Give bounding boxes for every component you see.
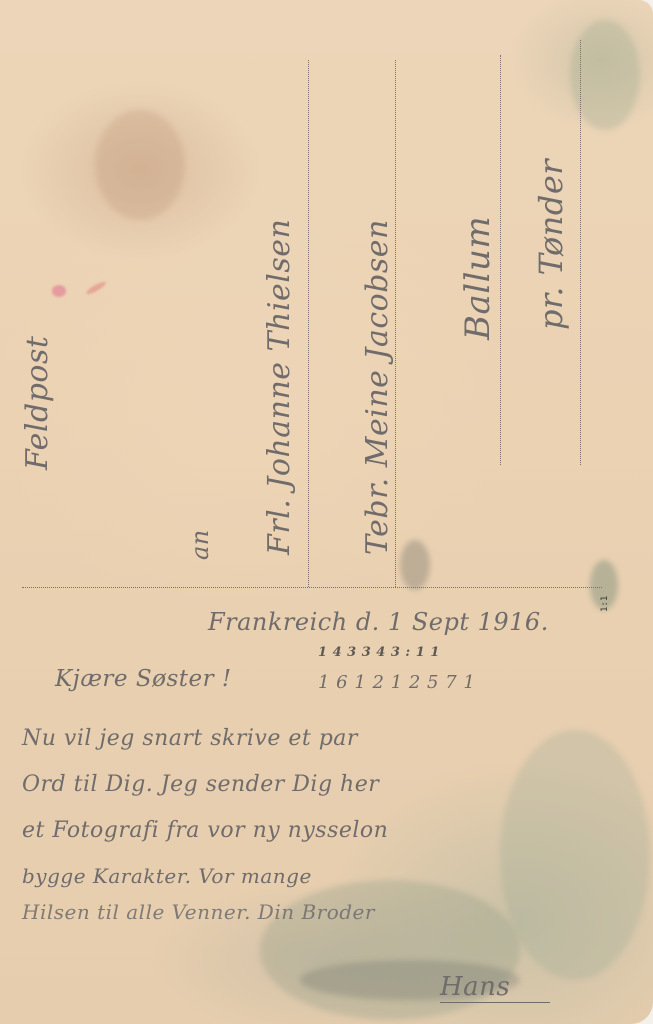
message-line: Hilsen til alle Venner. Din Broder — [22, 900, 375, 924]
postmark-smudge — [500, 730, 650, 980]
address-region: pr. Tønder — [532, 159, 570, 330]
address-town: Ballum — [458, 216, 498, 340]
place-date: Frankreich d. 1 Sept 1916. — [208, 608, 549, 636]
stamp-corner-mark: 1:1 — [600, 596, 610, 612]
greeting: Kjære Søster ! — [55, 666, 232, 692]
divider-line — [22, 587, 602, 588]
address-line-1 — [308, 60, 309, 587]
pink-mark — [52, 285, 66, 297]
message-line: bygge Karakter. Vor mange — [22, 864, 312, 888]
message-line: Ord til Dig. Jeg sender Dig her — [22, 772, 379, 797]
pink-mark — [85, 280, 107, 296]
stain — [400, 540, 430, 590]
address-line-3 — [500, 55, 501, 465]
stain — [95, 110, 185, 220]
feldpost-label: Feldpost — [20, 336, 55, 470]
postcard-back: Feldpost an Frl. Johanne Thielsen Tebr. … — [0, 0, 653, 1024]
message-line: Nu vil jeg snart skrive et par — [22, 726, 358, 751]
address-recipient: Frl. Johanne Thielsen — [262, 219, 297, 555]
address-line-4 — [580, 40, 581, 465]
address-care-of: Tebr. Meine Jacobsen — [360, 219, 395, 555]
number-row-upper: 1 4 3 3 4 3 : 1 1 — [318, 645, 440, 660]
signature: Hans — [440, 972, 550, 1003]
number-row-lower: 1 6 1 2 1 2 5 7 1 — [318, 672, 475, 693]
address-line-2 — [395, 60, 396, 587]
message-line: et Fotografi fra vor ny nysselon — [22, 818, 388, 843]
address-prefix: an — [186, 529, 214, 560]
